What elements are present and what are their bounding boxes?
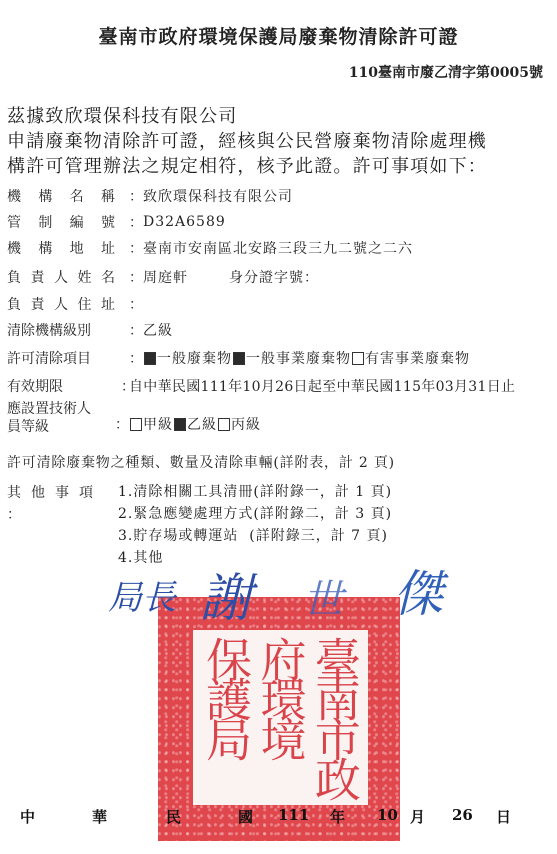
label-char: 稱 bbox=[101, 186, 115, 206]
field-label: 清除機構級別 bbox=[7, 320, 115, 340]
intro-line-2: 申請廢棄物清除許可證，經核與公民營廢棄物清除處理機 bbox=[7, 127, 487, 153]
date-part: 國 bbox=[238, 806, 253, 827]
date-part: 月 bbox=[410, 806, 425, 827]
date-part: 華 bbox=[92, 806, 107, 827]
date-year: 111 bbox=[278, 806, 309, 824]
option-class-c: 丙級 bbox=[231, 417, 261, 433]
field-label: 有效期限 bbox=[7, 376, 115, 396]
checkbox-general-waste-checked bbox=[144, 352, 156, 365]
field-responsible-name: 負 責 人 姓 名 ： 周庭軒 身分證字號： bbox=[7, 265, 319, 289]
date-part: 日 bbox=[496, 806, 511, 827]
label-char: 地 bbox=[70, 238, 84, 258]
date-part: 中 bbox=[20, 806, 35, 827]
label-char: 號 bbox=[101, 212, 115, 232]
date-month: 10 bbox=[377, 806, 398, 824]
other-matters-item: 3.貯存場或轉運站 (詳附錄三，計 7 頁) bbox=[118, 525, 392, 547]
signature-name-3: 傑 bbox=[393, 554, 443, 626]
tech-staff-label: 應設置技術人 員等級 bbox=[7, 400, 91, 436]
field-control-no: 管 制 編 號 ： D32A6589 bbox=[7, 210, 226, 234]
field-permitted-items: 許可清除項目 ： 一般廢棄物一般事業廢棄物有害事業廢棄物 bbox=[7, 346, 470, 370]
label-char: 機 bbox=[7, 238, 21, 258]
field-org-name: 機 構 名 稱 ： 致欣環保科技有限公司 bbox=[7, 184, 293, 208]
control-no-value: D32A6589 bbox=[143, 214, 226, 230]
label-char: 構 bbox=[38, 186, 52, 206]
field-label: 管 制 編 號 bbox=[7, 212, 115, 232]
date-part: 年 bbox=[330, 806, 345, 827]
field-tech-staff-level: ： 甲級乙級丙級 bbox=[115, 412, 261, 436]
label-char: 項 bbox=[79, 482, 93, 502]
responsible-name-value: 周庭軒 bbox=[143, 267, 229, 287]
seal-column-3: 保護局 bbox=[200, 636, 252, 799]
label-char: 制 bbox=[38, 212, 52, 232]
other-matters-item: 1.清除相關工具清冊(詳附錄一，計 1 頁) bbox=[118, 481, 392, 503]
tech-staff-label-line1: 應設置技術人 bbox=[7, 400, 91, 418]
field-label: 負 責 人 姓 名 bbox=[7, 267, 115, 287]
org-name-value: 致欣環保科技有限公司 bbox=[143, 186, 293, 206]
signature-name-2: 世 bbox=[303, 568, 343, 625]
seal-inner: 臺南市政 府環境 保護局 bbox=[193, 630, 368, 805]
field-label: 機 構 地 址 bbox=[7, 238, 115, 258]
tech-staff-label-line2: 員等級 bbox=[7, 418, 91, 436]
id-number-label: 身分證字號： bbox=[229, 267, 319, 287]
signature-name-1: 謝 bbox=[200, 556, 252, 631]
label-char: 構 bbox=[38, 238, 52, 258]
other-matters-label: 其 他 事 項 bbox=[7, 480, 115, 504]
colon: ： bbox=[129, 238, 143, 258]
label-char: 姓 bbox=[78, 267, 92, 287]
signature-title: 局長 bbox=[108, 570, 176, 619]
option-class-b: 乙級 bbox=[187, 417, 217, 433]
label-char: 事 bbox=[55, 482, 69, 502]
permit-number: 110臺南市廢乙清字第0005號 bbox=[349, 62, 543, 82]
label-char: 管 bbox=[7, 212, 21, 232]
label-char: 責 bbox=[31, 294, 45, 314]
colon: ： bbox=[129, 320, 143, 340]
label-char: 人 bbox=[54, 267, 68, 287]
checkbox-class-c-unchecked bbox=[218, 418, 230, 431]
date-part: 民 bbox=[166, 806, 181, 827]
seal-column-1: 臺南市政 bbox=[309, 636, 361, 799]
label-char: 住 bbox=[78, 294, 92, 314]
label-char: 名 bbox=[70, 186, 84, 206]
colon: ： bbox=[121, 376, 129, 396]
option-general-industrial-waste: 一般事業廢棄物 bbox=[246, 351, 351, 367]
clearance-level-value: 乙級 bbox=[143, 320, 173, 340]
field-clearance-level: 清除機構級別 ： 乙級 bbox=[7, 318, 173, 342]
checkbox-general-industrial-waste-checked bbox=[233, 352, 245, 365]
label-char: 負 bbox=[7, 267, 21, 287]
tech-staff-options: 甲級乙級丙級 bbox=[129, 414, 261, 434]
other-matters-item: 2.緊急應變處理方式(詳附錄二，計 3 頁) bbox=[118, 503, 392, 525]
seal-column-2: 府環境 bbox=[254, 636, 306, 799]
field-label: 機 構 名 稱 bbox=[7, 186, 115, 206]
label-char: 他 bbox=[31, 482, 45, 502]
checkbox-class-a-unchecked bbox=[130, 418, 142, 431]
label-char: 址 bbox=[101, 238, 115, 258]
label-char: 機 bbox=[7, 186, 21, 206]
checkbox-class-b-checked bbox=[174, 418, 186, 431]
label-char: 其 bbox=[7, 482, 21, 502]
validity-value: 自中華民國111年10月26日起至中華民國115年03月31日止 bbox=[129, 376, 515, 396]
colon: ： bbox=[129, 267, 143, 287]
intro-line-3: 構許可管理辦法之規定相符，核予此證。許可事項如下： bbox=[7, 152, 487, 178]
field-responsible-address: 負 責 人 住 址 ： bbox=[7, 292, 143, 316]
label-char: 負 bbox=[7, 294, 21, 314]
colon: ： bbox=[129, 186, 143, 206]
permitted-items-options: 一般廢棄物一般事業廢棄物有害事業廢棄物 bbox=[143, 348, 470, 368]
waste-types-line: 許可清除廢棄物之種類、數量及清除車輛(詳附表，計 2 頁) bbox=[7, 452, 395, 472]
option-general-waste: 一般廢棄物 bbox=[157, 351, 232, 367]
field-org-address: 機 構 地 址 ： 臺南市安南區北安路三段三九二號之二六 bbox=[7, 236, 413, 260]
option-hazardous-waste: 有害事業廢棄物 bbox=[365, 351, 470, 367]
field-validity: 有效期限 ： 自中華民國111年10月26日起至中華民國115年03月31日止 bbox=[7, 374, 515, 398]
director-signature: 局長 謝 世 傑 bbox=[108, 560, 468, 630]
other-matters-list: 1.清除相關工具清冊(詳附錄一，計 1 頁) 2.緊急應變處理方式(詳附錄二，計… bbox=[118, 481, 392, 569]
official-seal: 臺南市政 府環境 保護局 bbox=[158, 597, 400, 841]
colon: ： bbox=[129, 348, 143, 368]
label-char: 編 bbox=[70, 212, 84, 232]
document-title: 臺南市政府環境保護局廢棄物清除許可證 bbox=[0, 22, 557, 49]
field-label: 負 責 人 住 址 bbox=[7, 294, 115, 314]
colon: ： bbox=[129, 294, 143, 314]
checkbox-hazardous-waste-unchecked bbox=[352, 352, 364, 365]
option-class-a: 甲級 bbox=[143, 417, 173, 433]
intro-line-1: 茲據致欣環保科技有限公司 bbox=[7, 102, 237, 128]
label-char: 人 bbox=[54, 294, 68, 314]
label-char: 責 bbox=[31, 267, 45, 287]
other-matters-colon: ： bbox=[7, 504, 21, 524]
field-label: 其 他 事 項 bbox=[7, 482, 93, 502]
label-char: 名 bbox=[101, 267, 115, 287]
field-label: 許可清除項目 bbox=[7, 348, 115, 368]
org-address-value: 臺南市安南區北安路三段三九二號之二六 bbox=[143, 238, 413, 258]
date-day: 26 bbox=[452, 806, 473, 824]
label-char: 址 bbox=[101, 294, 115, 314]
colon: ： bbox=[115, 414, 129, 434]
colon: ： bbox=[129, 212, 143, 232]
